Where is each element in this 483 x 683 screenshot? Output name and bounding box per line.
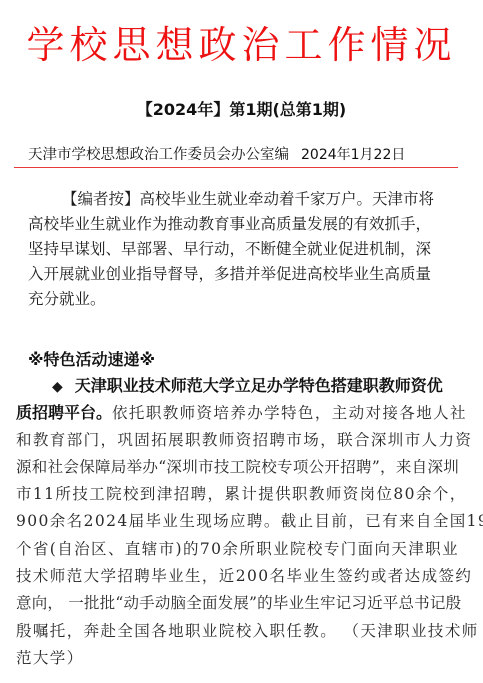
publish-date: 2024年1月22日 — [301, 147, 405, 163]
article-line: 范大学） — [16, 645, 456, 672]
article-line: 技术师范大学招聘毕业生，近200名毕业生签约或者达成签约 — [16, 563, 456, 590]
article-line: 市11所技工院校到津招聘，累计提供职教师资岗位80余个， — [16, 481, 456, 508]
editor-line: 天津市学校思想政治工作委员会办公室编2024年1月22日 — [28, 145, 458, 165]
article-line: 源和社会保障局举办“深圳市技工院校专项公开招聘”，来自深圳 — [16, 454, 456, 481]
article-headline: 天津职业技术师范大学立足办学特色搭建职教师资优 — [75, 376, 443, 395]
editor-note-line: 入开展就业创业指导督导，多措并举促进高校毕业生高质量 — [28, 262, 458, 287]
article-body-start: 依托职教师资培养办学特色，主动对接各地人社 — [112, 404, 467, 422]
editor-note: 【编者按】高校毕业生就业牵动着千家万户。天津市将 高校毕业生就业作为推动教育事业… — [28, 187, 458, 312]
masthead-title: 学校思想政治工作情况 — [0, 22, 483, 68]
article: ◆天津职业技术师范大学立足办学特色搭建职教师资优 质招聘平台。依托职教师资培养办… — [16, 372, 456, 672]
editor-note-line: 【编者按】高校毕业生就业牵动着千家万户。天津市将 — [28, 187, 458, 212]
editor-note-line: 高校毕业生就业作为推动教育事业高质量发展的有效抓手， — [28, 212, 458, 237]
article-line: 质招聘平台。依托职教师资培养办学特色，主动对接各地人社 — [16, 399, 456, 426]
red-divider — [14, 167, 458, 168]
issue-number: 【2024年】第1期(总第1期) — [0, 99, 483, 121]
article-headline-cont: 质招聘平台。 — [16, 403, 112, 422]
section-heading: ※特色活动速递※ — [28, 349, 155, 371]
article-headline-line: ◆天津职业技术师范大学立足办学特色搭建职教师资优 — [16, 372, 456, 399]
editor-note-text: 高校毕业生就业牵动着千家万户。天津市将 — [140, 190, 435, 208]
editor-note-label: 【编者按】 — [62, 190, 140, 208]
editor-note-line: 坚持早谋划、早部署、早行动，不断健全就业促进机制，深 — [28, 237, 458, 262]
article-line: 和教育部门，巩固拓展职教师资招聘市场，联合深圳市人力资 — [16, 427, 456, 454]
editor-note-line: 充分就业。 — [28, 287, 458, 312]
article-line: 900余名2024届毕业生现场应聘。截止目前，已有来自全国19 — [16, 508, 456, 535]
editor-org: 天津市学校思想政治工作委员会办公室编 — [28, 147, 289, 163]
article-line: 个省(自治区、直辖市)的70余所职业院校专门面向天津职业 — [16, 536, 456, 563]
article-line: 殷嘱托，奔赴全国各地职业院校入职任教。 （天津职业技术师 — [16, 618, 456, 645]
diamond-bullet-icon: ◆ — [52, 379, 63, 395]
article-line: 意向， 一批批“动手动脑全面发展”的毕业生牢记习近平总书记殷 — [16, 590, 456, 617]
